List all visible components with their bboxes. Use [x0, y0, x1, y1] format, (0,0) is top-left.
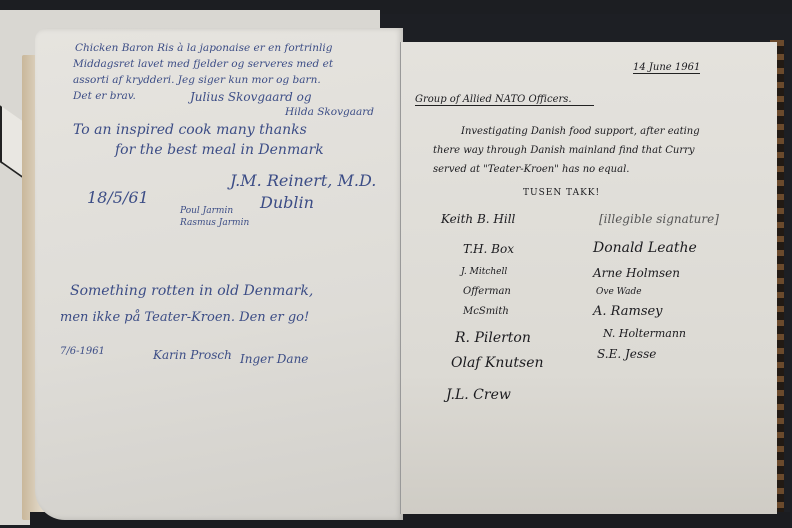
signature: Olaf Knutsen: [451, 355, 544, 371]
signature: Offerman: [463, 286, 511, 297]
entry-line: there way through Danish mainland find t…: [433, 145, 695, 156]
signature: Keith B. Hill: [441, 212, 515, 226]
entry2-line: for the best meal in Denmark: [115, 142, 324, 158]
signature: Hilda Skovgaard: [285, 106, 374, 118]
signature: A. Ramsey: [593, 304, 663, 319]
signature: J.L. Crew: [446, 387, 511, 403]
signature: McSmith: [463, 306, 509, 317]
signature: Rasmus Jarmin: [180, 218, 249, 228]
signature: J. Mitchell: [461, 267, 507, 277]
signature: Arne Holmsen: [593, 266, 680, 280]
entry1-line: Det er brav.: [73, 90, 136, 102]
entry3-line: Something rotten in old Denmark,: [70, 283, 313, 299]
signature: T.H. Box: [463, 242, 514, 256]
signature: Dublin: [260, 193, 314, 212]
signature: [illegible signature]: [599, 212, 719, 226]
entry1-line: Chicken Baron Ris à la japonaise er en f…: [75, 42, 332, 54]
entry1-line: assorti af krydderi. Jeg siger kun mor o…: [73, 74, 321, 86]
entry-date: 18/5/61: [87, 188, 149, 207]
left-page: Chicken Baron Ris à la japonaise er en f…: [35, 28, 403, 520]
thanks-text: TUSEN TAKK!: [523, 188, 600, 198]
signature: Karin Prosch: [153, 348, 232, 362]
signature: Inger Dane: [240, 352, 308, 366]
entry2-line: To an inspired cook many thanks: [73, 122, 307, 138]
signature: Poul Jarmin: [180, 206, 233, 216]
signature: S.E. Jesse: [597, 347, 656, 361]
entry-heading: Group of Allied NATO Officers.: [415, 94, 594, 106]
entry-date: 14 June 1961: [633, 62, 700, 74]
entry3-line: men ikke på Teater-Kroen. Den er go!: [60, 310, 309, 325]
entry-line: served at "Teater-Kroen" has no equal.: [433, 164, 629, 175]
signature: Donald Leathe: [593, 240, 697, 256]
right-page: 14 June 1961 Group of Allied NATO Office…: [400, 42, 777, 514]
entry-date: 7/6-1961: [60, 346, 105, 357]
entry1-line: Middagsret lavet med fjelder og serveres…: [73, 58, 333, 70]
signature: Ove Wade: [596, 287, 642, 297]
signature: R. Pilerton: [455, 330, 531, 346]
signature: N. Holtermann: [603, 327, 686, 340]
signature: J.M. Reinert, M.D.: [230, 171, 376, 190]
entry-line: Investigating Danish food support, after…: [461, 126, 700, 137]
signature: Julius Skovgaard og: [190, 90, 312, 104]
